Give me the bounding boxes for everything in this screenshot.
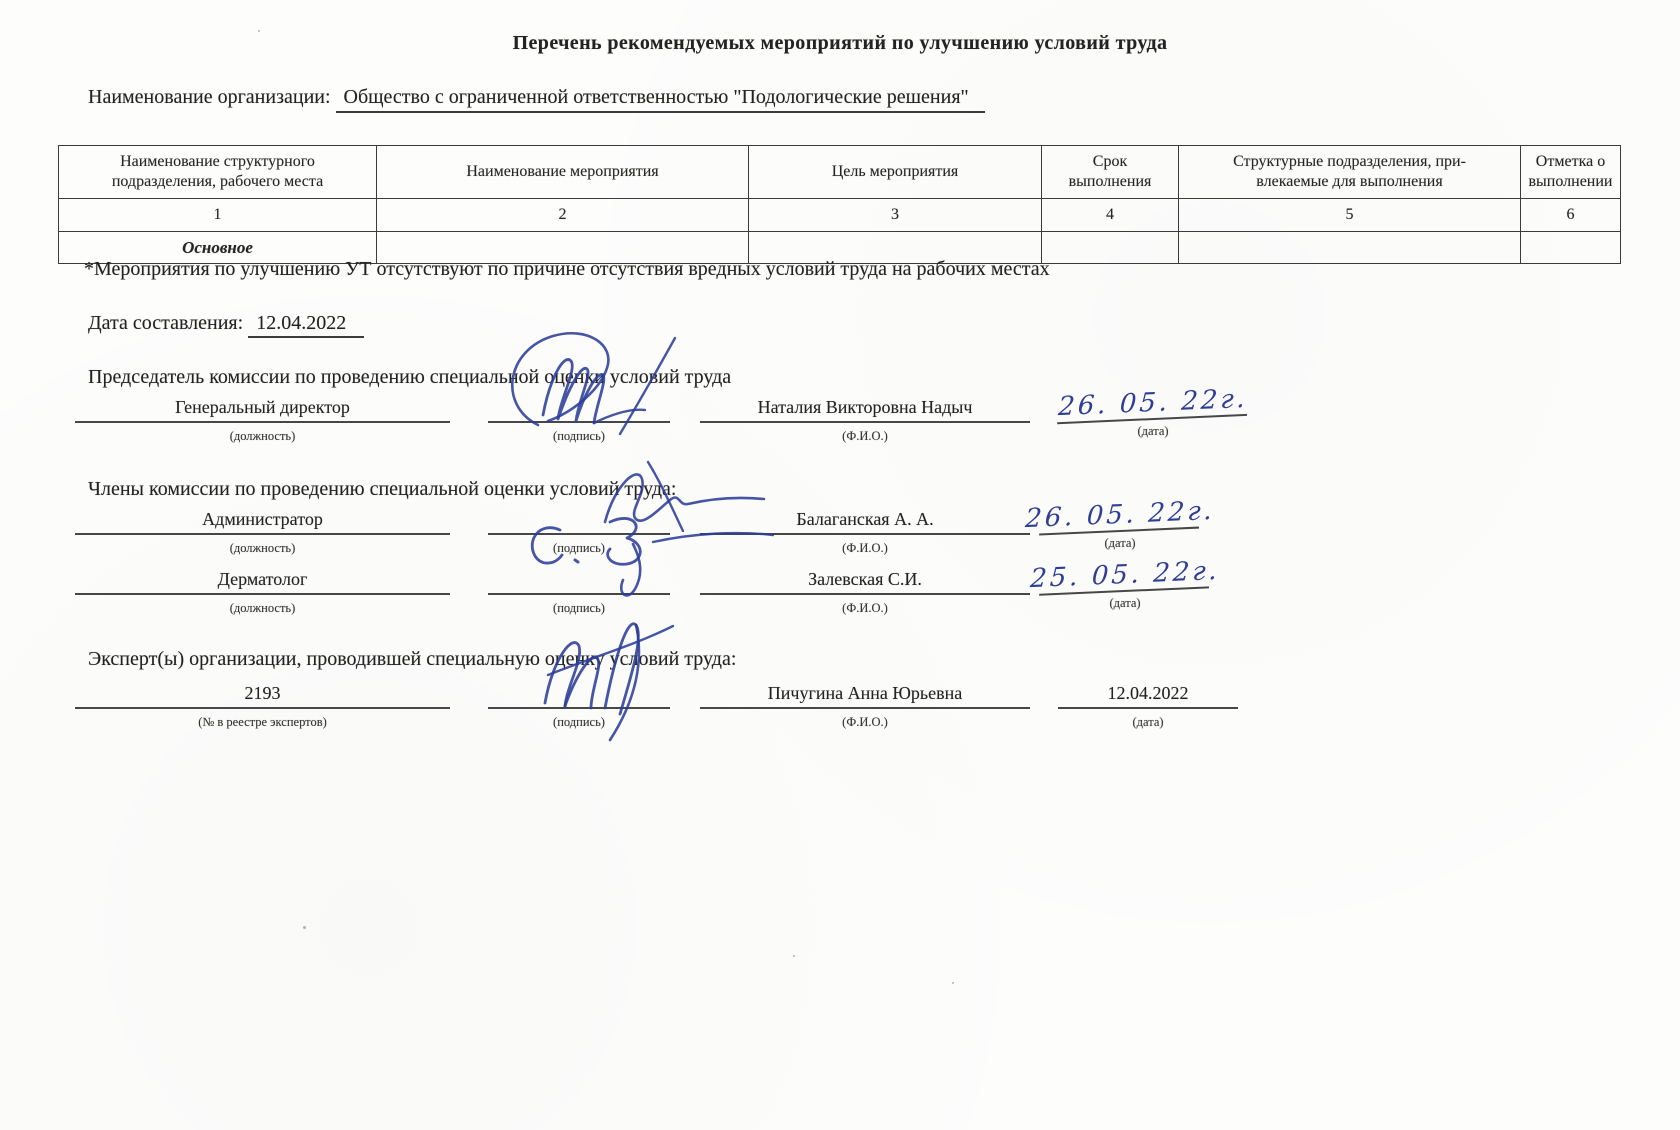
name-caption: (Ф.И.О.) [700, 709, 1030, 730]
chairman-signature-field: (подпись) [488, 388, 670, 444]
scanned-document-page: Перечень рекомендуемых мероприятий по ул… [0, 0, 1680, 1130]
position-value: Генеральный директор [75, 388, 450, 423]
scan-artifact [258, 30, 260, 32]
table-cell-completion-mark [1521, 232, 1621, 264]
table-header-measure: Наименование мероприятия [377, 146, 749, 199]
table-header-involved-units: Структурные подразделения, при- влекаемы… [1179, 146, 1521, 199]
member-name-field: Балаганская А. А. (Ф.И.О.) [700, 500, 1030, 556]
name-caption: (Ф.И.О.) [700, 423, 1030, 444]
expert-registry-field: 2193 (№ в реестре экспертов) [75, 674, 450, 730]
table-column-number: 3 [749, 199, 1042, 232]
name-value: Наталия Викторовна Надыч [700, 388, 1030, 423]
name-value: Залевская С.И. [700, 560, 1030, 595]
table-header-row: Наименование структурного подразделения,… [59, 146, 1621, 199]
expert-signature-field: (подпись) [488, 674, 670, 730]
name-value: Балаганская А. А. [700, 500, 1030, 535]
registry-caption: (№ в реестре экспертов) [75, 709, 450, 730]
name-caption: (Ф.И.О.) [700, 535, 1030, 556]
compile-date-line: Дата составления: 12.04.2022 [88, 312, 364, 335]
table-header-department: Наименование структурного подразделения,… [59, 146, 377, 199]
date-caption: (дата) [1058, 709, 1238, 730]
signature-line [488, 388, 670, 423]
table-column-number: 1 [59, 199, 377, 232]
expert-date-field: 12.04.2022 (дата) [1058, 674, 1238, 730]
scan-artifact [303, 926, 306, 929]
signature-caption: (подпись) [488, 423, 670, 444]
members-section-heading: Члены комиссии по проведению специальной… [88, 478, 677, 501]
table-column-number: 5 [1179, 199, 1521, 232]
scan-artifact [793, 955, 795, 957]
member-date-field: 26. 05. 22г. (дата) [1040, 500, 1200, 551]
name-value: Пичугина Анна Юрьевна [700, 674, 1030, 709]
date-value: 12.04.2022 [1058, 674, 1238, 709]
table-column-number: 2 [377, 199, 749, 232]
member-signature-field: (подпись) [488, 560, 670, 616]
chairman-position-field: Генеральный директор (должность) [75, 388, 450, 444]
measures-table: Наименование структурного подразделения,… [58, 145, 1621, 264]
position-caption: (должность) [75, 423, 450, 444]
position-caption: (должность) [75, 535, 450, 556]
experts-section-heading: Эксперт(ы) организации, проводившей спец… [88, 648, 736, 671]
position-value: Администратор [75, 500, 450, 535]
position-caption: (должность) [75, 595, 450, 616]
signature-caption: (подпись) [488, 595, 670, 616]
chairman-name-field: Наталия Викторовна Надыч (Ф.И.О.) [700, 388, 1030, 444]
table-column-number: 4 [1042, 199, 1179, 232]
table-header-deadline: Срок выполнения [1042, 146, 1179, 199]
member-position-field: Дерматолог (должность) [75, 560, 450, 616]
footnote-text: *Мероприятия по улучшению УТ отсутствуют… [84, 258, 1050, 281]
expert-name-field: Пичугина Анна Юрьевна (Ф.И.О.) [700, 674, 1030, 730]
member-signature-field: (подпись) [488, 500, 670, 556]
member-date-field: 25. 05. 22г. (дата) [1040, 560, 1210, 611]
signature-line [488, 674, 670, 709]
scan-artifact [952, 982, 954, 984]
org-name-line: Наименование организации: Общество с огр… [88, 86, 985, 109]
org-name-value: Общество с ограниченной ответственностью… [336, 86, 985, 113]
compile-date-value: 12.04.2022 [248, 312, 364, 338]
table-header-goal: Цель мероприятия [749, 146, 1042, 199]
table-cell-deadline [1042, 232, 1179, 264]
chairman-date-field: 26. 05. 22г. (дата) [1058, 388, 1248, 439]
signature-caption: (подпись) [488, 709, 670, 730]
member-name-field: Залевская С.И. (Ф.И.О.) [700, 560, 1030, 616]
chairman-section-heading: Председатель комиссии по проведению спец… [88, 366, 731, 389]
signature-line [488, 560, 670, 595]
signature-caption: (подпись) [488, 535, 670, 556]
table-column-number: 6 [1521, 199, 1621, 232]
name-caption: (Ф.И.О.) [700, 595, 1030, 616]
member-position-field: Администратор (должность) [75, 500, 450, 556]
table-cell-involved-units [1179, 232, 1521, 264]
org-name-label: Наименование организации: [88, 86, 331, 108]
page-title: Перечень рекомендуемых мероприятий по ул… [0, 32, 1680, 55]
table-header-completion-mark: Отметка о выполнении [1521, 146, 1621, 199]
position-value: Дерматолог [75, 560, 450, 595]
signature-line [488, 500, 670, 535]
registry-number-value: 2193 [75, 674, 450, 709]
table-column-numbers-row: 1 2 3 4 5 6 [59, 199, 1621, 232]
compile-date-label: Дата составления: [88, 312, 243, 334]
